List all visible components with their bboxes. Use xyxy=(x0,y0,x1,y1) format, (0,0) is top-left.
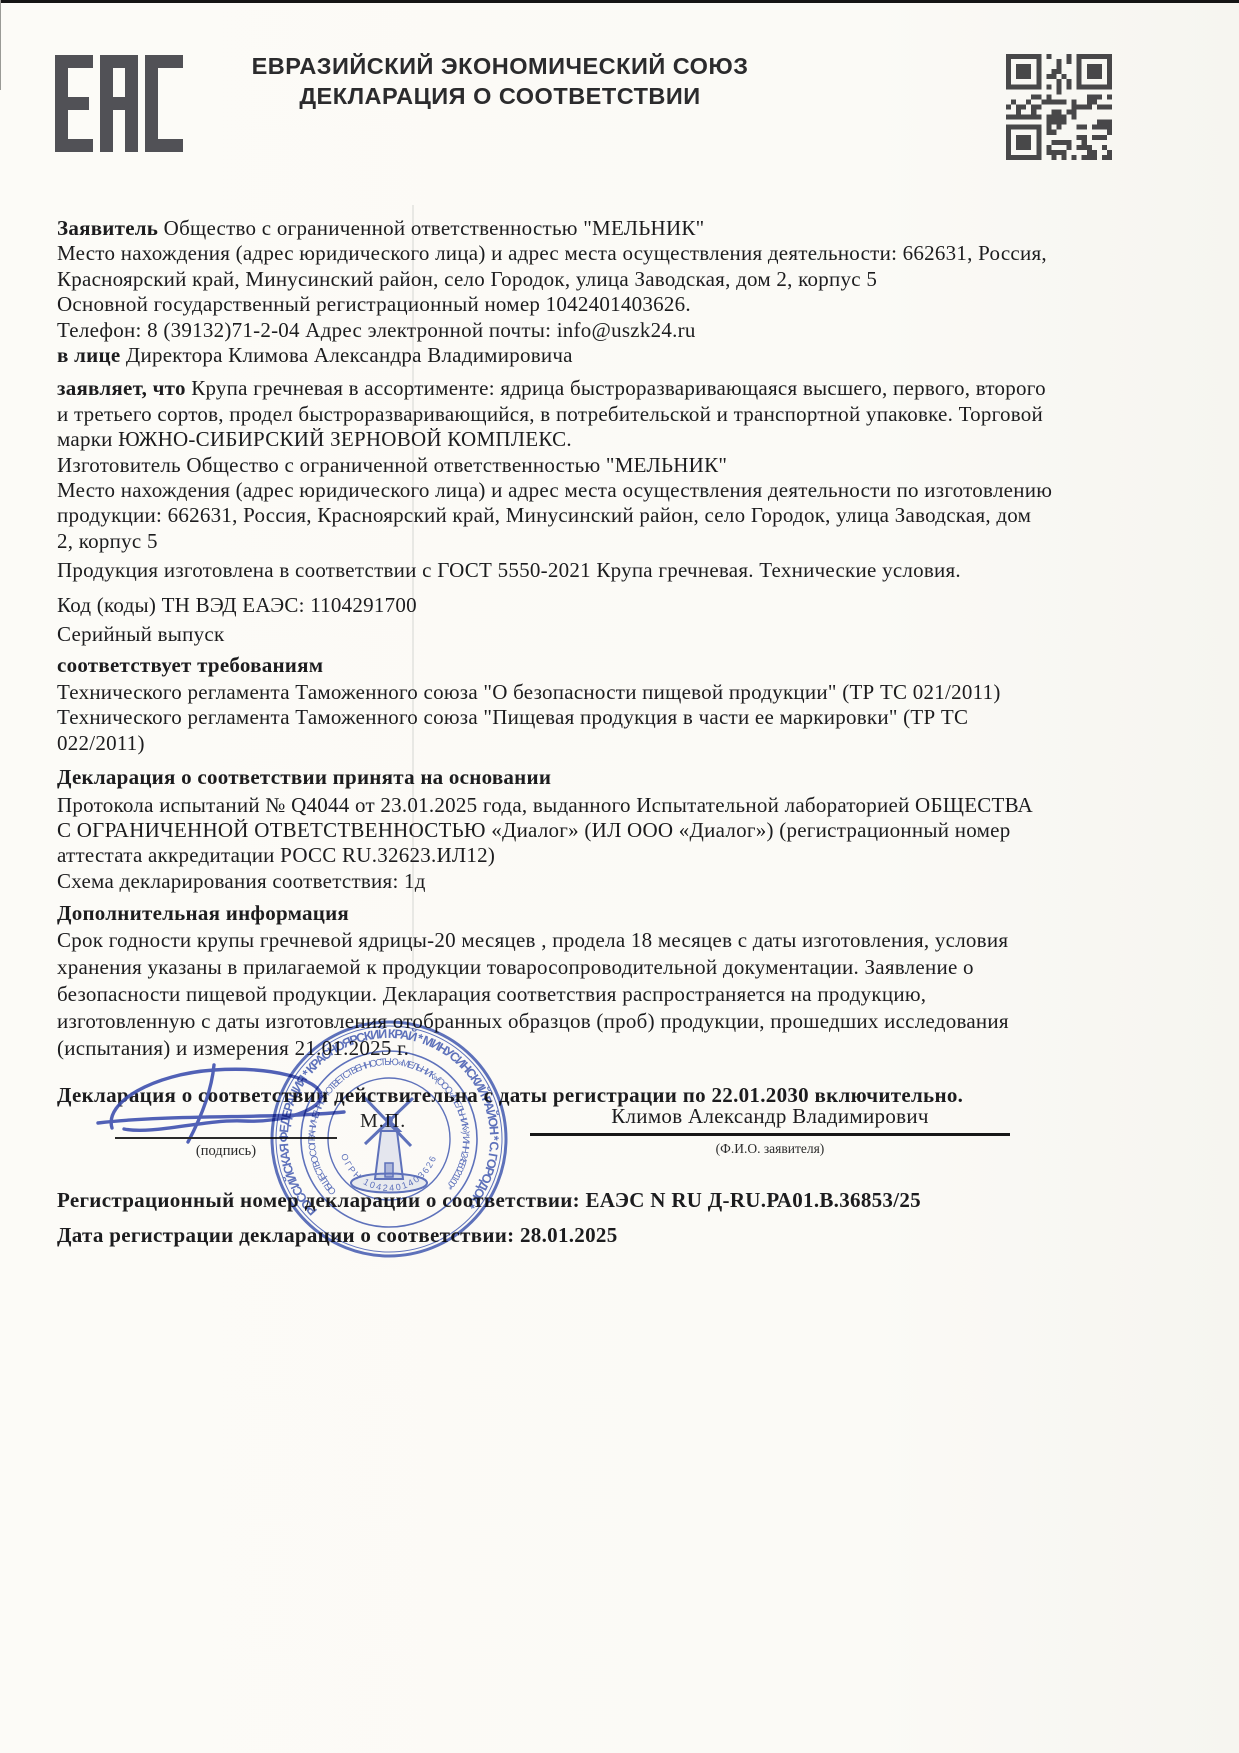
text-line: заявляет, что Крупа гречневая в ассортим… xyxy=(57,376,1197,401)
text-line: 2, корпус 5 xyxy=(57,529,1197,554)
text-line: Основной государственный регистрационный… xyxy=(57,292,1197,317)
text-line: Изготовитель Общество с ограниченной отв… xyxy=(57,453,1197,478)
text-line: Срок годности крупы гречневой ядрицы-20 … xyxy=(57,927,1197,954)
applicant-name-line xyxy=(530,1133,1010,1136)
text-line: Заявитель Общество с ограниченной ответс… xyxy=(57,216,1197,241)
applicant-name-caption: (Ф.И.О. заявителя) xyxy=(640,1141,900,1157)
scan-edge-top xyxy=(0,0,1239,3)
text-line: продукции: 662631, Россия, Красноярский … xyxy=(57,503,1197,528)
text-line: Технического регламента Таможенного союз… xyxy=(57,705,1197,730)
text-line: и третьего сортов, продел быстроразварив… xyxy=(57,402,1197,427)
company-round-stamp: РОССИЙСКАЯ ФЕДЕРАЦИЯ * КРАСНОЯРСКИЙ КРАЙ… xyxy=(256,1006,522,1272)
text-line: Место нахождения (адрес юридического лиц… xyxy=(57,241,1197,266)
text-line: марки ЮЖНО-СИБИРСКИЙ ЗЕРНОВОЙ КОМПЛЕКС. xyxy=(57,427,1197,452)
text-line: Красноярский край, Минусинский район, се… xyxy=(57,267,1197,292)
text-line: соответствует требованиям xyxy=(57,653,1197,678)
text-line: Декларация о соответствии принята на осн… xyxy=(57,765,1197,790)
text-line: хранения указаны в прилагаемой к продукц… xyxy=(57,954,1197,981)
windmill-icon xyxy=(351,1096,427,1193)
scan-edge-left xyxy=(0,0,1,90)
text-line: Схема декларирования соответствия: 1д xyxy=(57,869,1197,894)
text-line: в лице Директора Климова Александра Влад… xyxy=(57,343,1197,368)
text-line: 022/2011) xyxy=(57,731,1197,756)
declaration-document: ЕВРАЗИЙСКИЙ ЭКОНОМИЧЕСКИЙ СОЮЗ ДЕКЛАРАЦИ… xyxy=(0,0,1239,1753)
text-line: Технического регламента Таможенного союз… xyxy=(57,680,1197,705)
text-line: изготовленную с даты изготовления отобра… xyxy=(57,1008,1197,1035)
document-body: Заявитель Общество с ограниченной ответс… xyxy=(57,216,1197,1062)
header-line-2: ДЕКЛАРАЦИЯ О СООТВЕТСТВИИ xyxy=(150,82,850,112)
text-line: Телефон: 8 (39132)71-2-04 Адрес электрон… xyxy=(57,318,1197,343)
text-line: Место нахождения (адрес юридического лиц… xyxy=(57,478,1197,503)
text-line: безопасности пищевой продукции. Декларац… xyxy=(57,981,1197,1008)
text-line: Продукция изготовлена в соответствии с Г… xyxy=(57,558,1197,583)
text-line: аттестата аккредитации РОСС RU.32623.ИЛ1… xyxy=(57,843,1197,868)
text-line: С ОГРАНИЧЕННОЙ ОТВЕТСТВЕННОСТЬЮ «Диалог»… xyxy=(57,818,1197,843)
qr-code-icon xyxy=(1006,54,1112,160)
document-header: ЕВРАЗИЙСКИЙ ЭКОНОМИЧЕСКИЙ СОЮЗ ДЕКЛАРАЦИ… xyxy=(150,52,850,111)
text-line: Код (коды) ТН ВЭД ЕАЭС: 1104291700 xyxy=(57,593,1197,618)
text-line: Протокола испытаний № Q4044 от 23.01.202… xyxy=(57,793,1197,818)
text-line: Дополнительная информация xyxy=(57,901,1197,926)
text-line: Серийный выпуск xyxy=(57,622,1197,647)
header-line-1: ЕВРАЗИЙСКИЙ ЭКОНОМИЧЕСКИЙ СОЮЗ xyxy=(150,52,850,82)
applicant-name: Климов Александр Владимирович xyxy=(540,1104,1000,1129)
